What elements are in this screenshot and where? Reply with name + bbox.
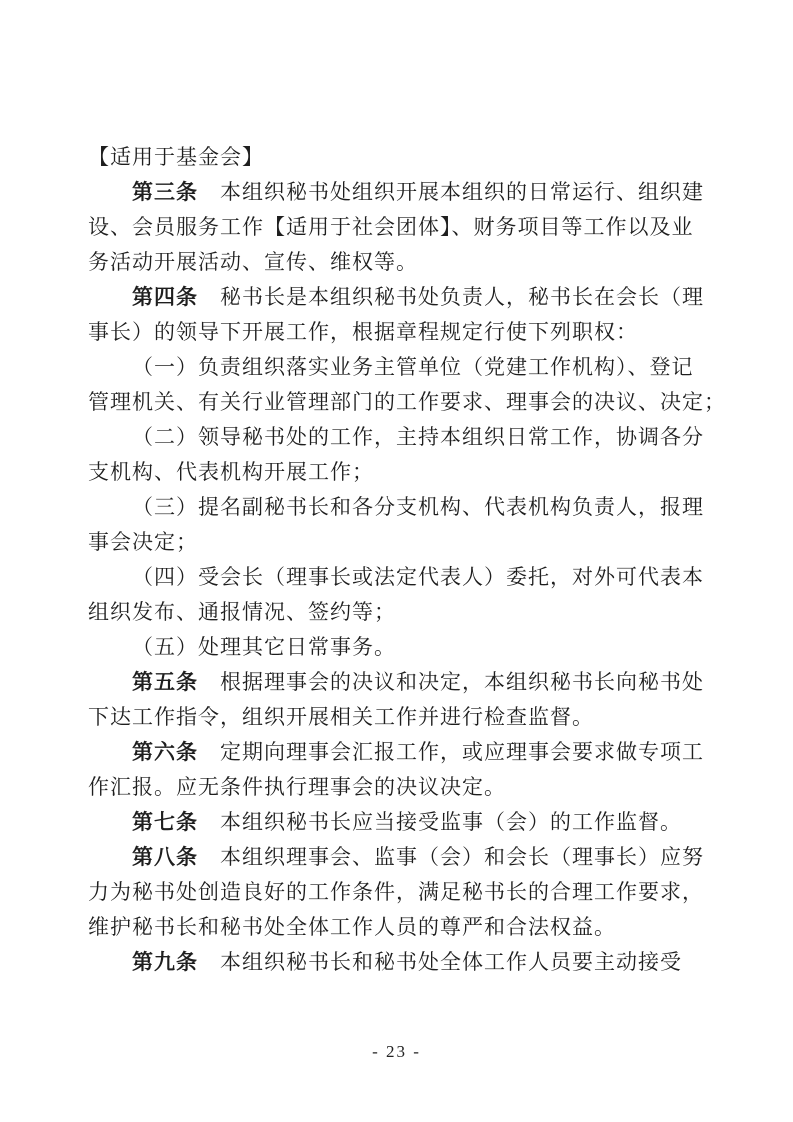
article-label: 第六条 [132, 741, 198, 764]
text-line-article-6-1: 第六条 定期向理事会汇报工作，或应理事会要求做专项工 [88, 735, 738, 770]
text-line-article-8-3: 维护秘书长和秘书处全体工作人员的尊严和合法权益。 [88, 910, 738, 945]
text-run: （四）受会长（理事长或法定代表人）委托，对外可代表本 [132, 565, 704, 589]
text-run: 根据理事会的决议和决定，本组织秘书长向秘书处 [198, 670, 704, 694]
text-run: 支机构、代表机构开展工作； [88, 460, 374, 484]
text-line-article-4-item-5-1: （五）处理其它日常事务。 [88, 630, 738, 665]
text-line-article-7-1: 第七条 本组织秘书长应当接受监事（会）的工作监督。 [88, 805, 738, 840]
text-line-article-4-item-2-1: （二）领导秘书处的工作，主持本组织日常工作，协调各分 [88, 420, 738, 455]
text-line-article-3-1: 第三条 本组织秘书处组织开展本组织的日常运行、组织建 [88, 175, 738, 210]
text-run: 力为秘书处创造良好的工作条件，满足秘书长的合理工作要求， [88, 880, 704, 904]
text-run: 本组织秘书处组织开展本组织的日常运行、组织建 [198, 180, 704, 204]
text-run: （三）提名副秘书长和各分支机构、代表机构负责人，报理 [132, 495, 704, 519]
text-run: 【适用于基金会】 [88, 145, 264, 169]
article-label: 第八条 [132, 846, 198, 869]
text-run: 定期向理事会汇报工作，或应理事会要求做专项工 [198, 740, 704, 764]
text-run: 管理机关、有关行业管理部门的工作要求、理事会的决议、决定； [88, 390, 726, 414]
text-line-article-4-item-4-2: 组织发布、通报情况、签约等； [88, 595, 738, 630]
text-run: （一）负责组织落实业务主管单位（党建工作机构）、登记 [132, 355, 694, 379]
document-page: 【适用于基金会】第三条 本组织秘书处组织开展本组织的日常运行、组织建设、会员服务… [0, 0, 793, 1122]
text-line-applicability-note-1: 【适用于基金会】 [88, 140, 738, 175]
text-line-article-8-2: 力为秘书处创造良好的工作条件，满足秘书长的合理工作要求， [88, 875, 738, 910]
article-label: 第七条 [132, 811, 198, 834]
text-line-article-6-2: 作汇报。应无条件执行理事会的决议决定。 [88, 770, 738, 805]
document-body: 【适用于基金会】第三条 本组织秘书处组织开展本组织的日常运行、组织建设、会员服务… [88, 140, 738, 980]
text-line-article-9-1: 第九条 本组织秘书长和秘书处全体工作人员要主动接受 [88, 945, 738, 980]
text-run: 下达工作指令，组织开展相关工作并进行检查监督。 [88, 705, 594, 729]
text-line-article-4-2: 事长）的领导下开展工作，根据章程规定行使下列职权： [88, 315, 738, 350]
text-run: 维护秘书长和秘书处全体工作人员的尊严和合法权益。 [88, 915, 616, 939]
article-label: 第五条 [132, 671, 198, 694]
text-run: 组织发布、通报情况、签约等； [88, 600, 396, 624]
text-line-article-4-1: 第四条 秘书长是本组织秘书处负责人，秘书长在会长（理 [88, 280, 738, 315]
text-line-article-4-item-3-2: 事会决定； [88, 525, 738, 560]
article-label: 第九条 [132, 951, 198, 974]
text-run: 本组织理事会、监事（会）和会长（理事长）应努 [198, 845, 704, 869]
text-run: 设、会员服务工作【适用于社会团体】、财务项目等工作以及业 [88, 215, 694, 239]
text-line-article-3-2: 设、会员服务工作【适用于社会团体】、财务项目等工作以及业 [88, 210, 738, 245]
article-label: 第四条 [132, 286, 198, 309]
text-run: （五）处理其它日常事务。 [132, 635, 396, 659]
text-run: 事会决定； [88, 530, 198, 554]
text-line-article-4-item-4-1: （四）受会长（理事长或法定代表人）委托，对外可代表本 [88, 560, 738, 595]
text-run: 务活动开展活动、宣传、维权等。 [88, 250, 418, 274]
text-line-article-8-1: 第八条 本组织理事会、监事（会）和会长（理事长）应努 [88, 840, 738, 875]
text-run: 本组织秘书长和秘书处全体工作人员要主动接受 [198, 950, 682, 974]
text-run: （二）领导秘书处的工作，主持本组织日常工作，协调各分 [132, 425, 704, 449]
text-run: 作汇报。应无条件执行理事会的决议决定。 [88, 775, 506, 799]
text-line-article-4-item-1-1: （一）负责组织落实业务主管单位（党建工作机构）、登记 [88, 350, 738, 385]
text-line-article-4-item-2-2: 支机构、代表机构开展工作； [88, 455, 738, 490]
text-run: 秘书长是本组织秘书处负责人，秘书长在会长（理 [198, 285, 704, 309]
text-line-article-3-3: 务活动开展活动、宣传、维权等。 [88, 245, 738, 280]
text-run: 本组织秘书长应当接受监事（会）的工作监督。 [198, 810, 682, 834]
text-line-article-5-1: 第五条 根据理事会的决议和决定，本组织秘书长向秘书处 [88, 665, 738, 700]
text-line-article-4-item-3-1: （三）提名副秘书长和各分支机构、代表机构负责人，报理 [88, 490, 738, 525]
article-label: 第三条 [132, 181, 198, 204]
text-run: 事长）的领导下开展工作，根据章程规定行使下列职权： [88, 320, 638, 344]
text-line-article-5-2: 下达工作指令，组织开展相关工作并进行检查监督。 [88, 700, 738, 735]
page-number: - 23 - [0, 1042, 793, 1062]
text-line-article-4-item-1-2: 管理机关、有关行业管理部门的工作要求、理事会的决议、决定； [88, 385, 738, 420]
